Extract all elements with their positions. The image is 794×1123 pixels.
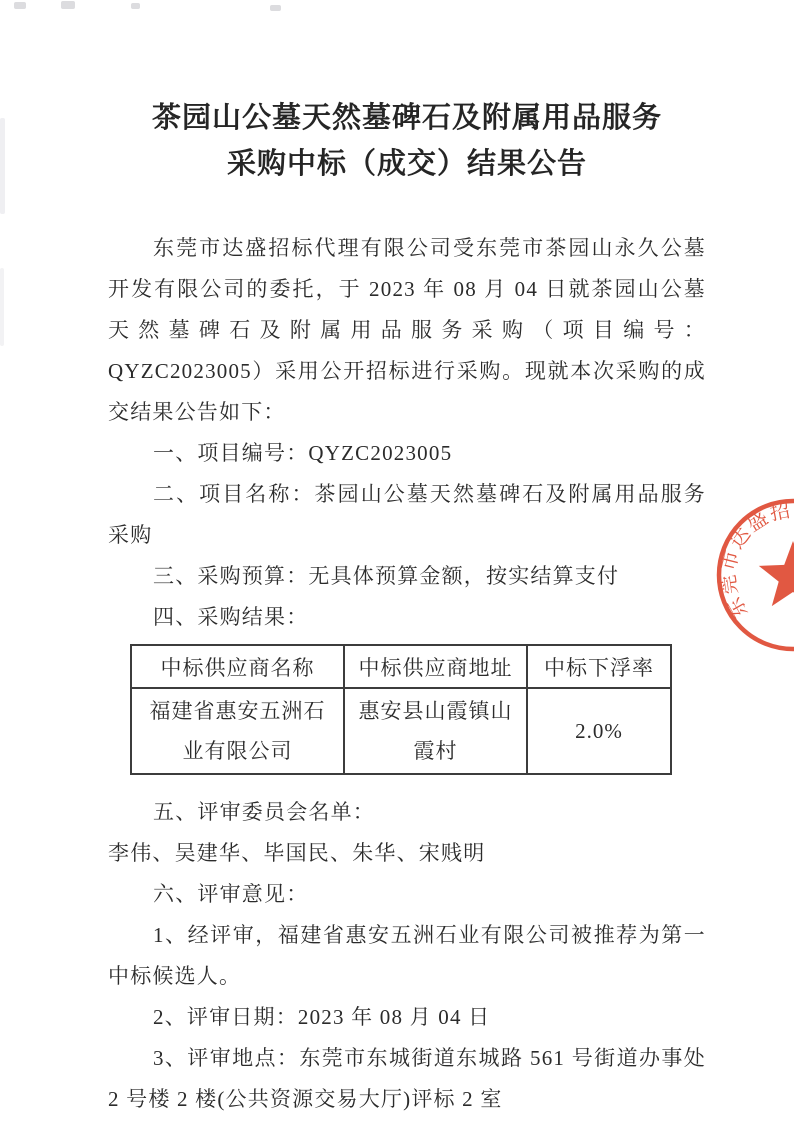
header-supplier-address: 中标供应商地址 <box>344 645 527 688</box>
scan-artifact <box>14 2 26 9</box>
title-line-2: 采购中标（成交）结果公告 <box>108 141 706 187</box>
scan-artifact <box>0 268 4 346</box>
document-title: 茶园山公墓天然墓碑石及附属用品服务 采购中标（成交）结果公告 <box>108 95 706 187</box>
item-project-name: 二、项目名称：茶园山公墓天然墓碑石及附属用品服务采购 <box>108 474 706 556</box>
company-seal: 东莞市达盛招标代理 <box>708 490 794 660</box>
cell-discount-rate: 2.0% <box>527 688 671 774</box>
intro-paragraph: 东莞市达盛招标代理有限公司受东莞市茶园山永久公墓开发有限公司的委托，于 2023… <box>108 228 706 433</box>
item-review-opinion-heading: 六、评审意见： <box>108 874 706 915</box>
table-header-row: 中标供应商名称 中标供应商地址 中标下浮率 <box>131 645 671 688</box>
scan-artifact <box>61 1 75 9</box>
table-row: 福建省惠安五洲石业有限公司 惠安县山霞镇山霞村 2.0% <box>131 688 671 774</box>
title-line-1: 茶园山公墓天然墓碑石及附属用品服务 <box>108 95 706 141</box>
item-budget: 三、采购预算：无具体预算金额，按实结算支付 <box>108 556 706 597</box>
item-result: 四、采购结果： <box>108 597 706 638</box>
header-discount-rate: 中标下浮率 <box>527 645 671 688</box>
seal-arc-text: 东莞市达盛招标代理 <box>716 498 794 622</box>
review-location: 3、评审地点：东莞市东城街道东城路 561 号街道办事处 2 号楼 2 楼(公共… <box>108 1038 706 1120</box>
document-body: 茶园山公墓天然墓碑石及附属用品服务 采购中标（成交）结果公告 东莞市达盛招标代理… <box>108 0 706 1120</box>
item-project-number: 一、项目编号：QYZC2023005 <box>108 433 706 474</box>
star-icon <box>759 541 794 606</box>
seal-arc-text-holder: 东莞市达盛招标代理 <box>716 498 794 622</box>
award-result-table: 中标供应商名称 中标供应商地址 中标下浮率 福建省惠安五洲石业有限公司 惠安县山… <box>130 644 672 775</box>
cell-supplier-name: 福建省惠安五洲石业有限公司 <box>131 688 344 774</box>
item-committee-heading: 五、评审委员会名单： <box>108 792 706 833</box>
scan-artifact <box>0 118 5 214</box>
seal-ring <box>719 501 794 649</box>
header-supplier-name: 中标供应商名称 <box>131 645 344 688</box>
review-date: 2、评审日期：2023 年 08 月 04 日 <box>108 997 706 1038</box>
committee-names: 李伟、吴建华、毕国民、朱华、宋贱明 <box>108 833 706 874</box>
cell-supplier-address: 惠安县山霞镇山霞村 <box>344 688 527 774</box>
document-page: 茶园山公墓天然墓碑石及附属用品服务 采购中标（成交）结果公告 东莞市达盛招标代理… <box>0 0 794 1123</box>
review-opinion-1: 1、经评审，福建省惠安五洲石业有限公司被推荐为第一中标候选人。 <box>108 915 706 997</box>
